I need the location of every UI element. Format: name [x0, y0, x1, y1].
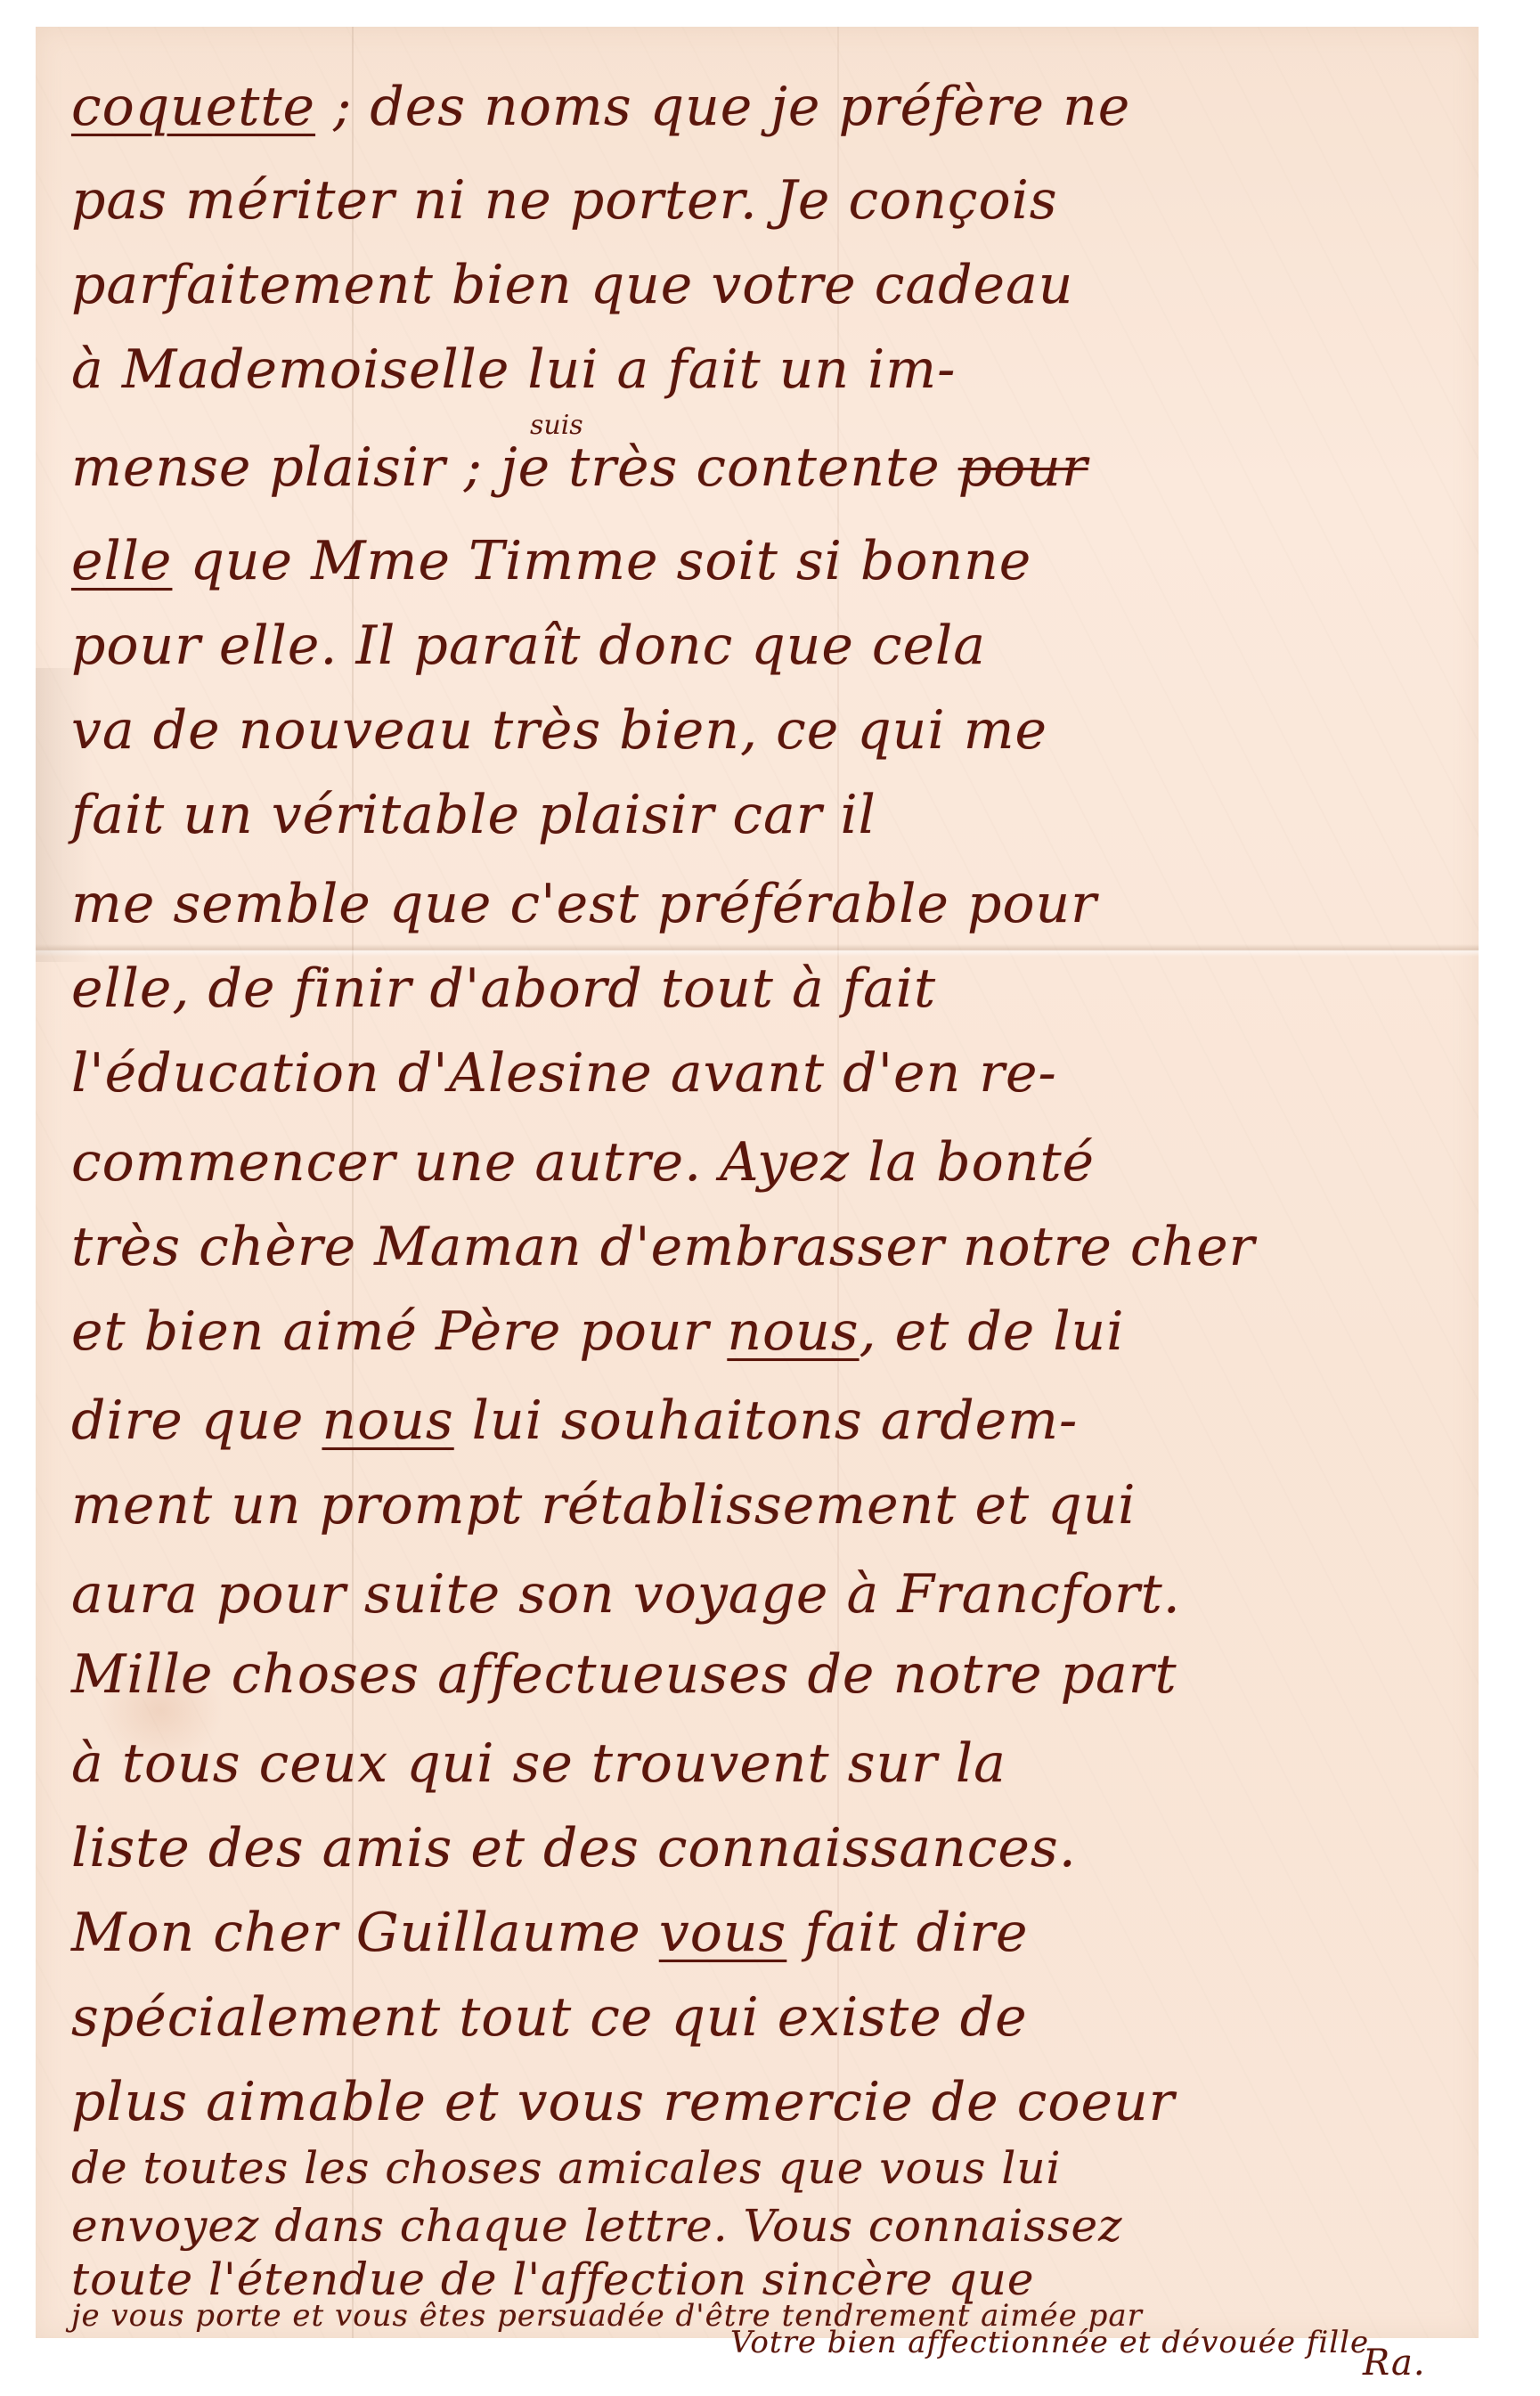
handwriting-line-1: coquette ; des noms que je préfère ne [71, 76, 1130, 138]
handwriting-line-5: mense plaisir ; je très contente pour [71, 436, 1088, 499]
handwriting-line-25: de toutes les choses amicales que vous l… [71, 2142, 1062, 2194]
handwriting-line-13: commencer une autre. Ayez la bonté [71, 1131, 1095, 1194]
handwriting-line-18: aura pour suite son voyage à Francfort. [71, 1563, 1181, 1626]
underlined-word: vous [659, 1902, 786, 1964]
handwriting-line-11: elle, de finir d'abord tout à fait [71, 958, 936, 1020]
handwriting-line-16: dire que nous lui souhaitons ardem- [71, 1390, 1078, 1452]
handwriting-line-17: ment un prompt rétablissement et qui [71, 1474, 1136, 1536]
handwriting-line-12: l'éducation d'Alesine avant d'en re- [71, 1042, 1057, 1104]
handwriting-line-2: pas mériter ni ne porter. Je conçois [71, 169, 1058, 232]
handwriting-line-21: liste des amis et des connaissances. [71, 1817, 1077, 1879]
handwriting-line-20: à tous ceux qui se trouvent sur la [71, 1732, 1006, 1795]
handwriting-line-3: parfaitement bien que votre cadeau [71, 254, 1073, 316]
struck-word: pour [958, 436, 1088, 499]
underlined-word: nous [322, 1390, 454, 1452]
handwriting-line-8: va de nouveau très bien, ce qui me [71, 699, 1047, 762]
underlined-word: nous [727, 1300, 859, 1363]
horizontal-fold-crease [36, 944, 1479, 957]
handwriting-line-22: Mon cher Guillaume vous fait dire [71, 1902, 1028, 1964]
handwriting-line-4: à Mademoiselle lui a fait un im- [71, 338, 956, 401]
handwriting-line-9: fait un véritable plaisir car il [71, 784, 876, 846]
handwriting-line-15: et bien aimé Père pour nous, et de lui [71, 1300, 1124, 1363]
underlined-word: elle [71, 530, 172, 592]
handwriting-line-19: Mille choses affectueuses de notre part [71, 1643, 1177, 1706]
handwriting-line-14: très chère Maman d'embrasser notre cher [71, 1216, 1255, 1278]
handwriting-line-23: spécialement tout ce qui existe de [71, 1986, 1028, 2049]
handwriting-line-10: me semble que c'est préférable pour [71, 873, 1097, 935]
line-text: ; des noms que je préfère ne [315, 76, 1130, 138]
handwriting-line-24: plus aimable et vous remercie de coeur [71, 2071, 1175, 2133]
handwriting-line-6: elle que Mme Timme soit si bonne [71, 530, 1031, 592]
closing-signature-line: Votre bien affectionnée et dévouée fille [730, 2325, 1369, 2360]
underlined-word: coquette [71, 76, 315, 138]
signature: Ra. [1363, 2343, 1426, 2384]
handwriting-line-26: envoyez dans chaque lettre. Vous connais… [71, 2200, 1122, 2252]
handwriting-line-7: pour elle. Il paraît donc que cela [71, 615, 986, 677]
letter-page: coquette ; des noms que je préfère ne pa… [36, 27, 1479, 2338]
